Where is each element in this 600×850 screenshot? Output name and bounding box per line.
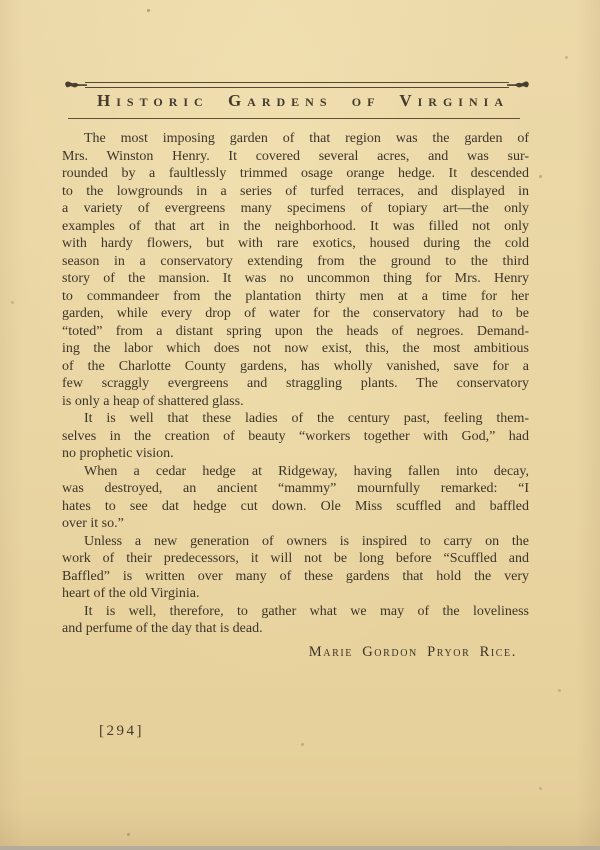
text-line: Baffled” is written over many of these g… xyxy=(62,568,529,586)
scroll-ornament-right-icon xyxy=(507,80,530,90)
scan-bottom-edge xyxy=(0,846,600,850)
text-line: is only a heap of shattered glass. xyxy=(62,393,529,411)
double-rule xyxy=(85,82,509,88)
text-line: Unless a new generation of owners is ins… xyxy=(62,533,529,551)
text-line: no prophetic vision. xyxy=(62,445,529,463)
text-line: a variety of evergreens many specimens o… xyxy=(62,200,529,218)
book-page: Historic Gardens of Virginia The most im… xyxy=(0,0,600,850)
text-line: rounded by a faultlessly trimmed osage o… xyxy=(62,165,529,183)
text-line: The most imposing garden of that region … xyxy=(62,130,529,148)
text-line: It is well that these ladies of the cent… xyxy=(62,410,529,428)
text-line: examples of that art in the neighborhood… xyxy=(62,218,529,236)
header-rule-row xyxy=(64,80,530,90)
text-line: with hardy flowers, but with rare exotic… xyxy=(62,235,529,253)
text-line: hates to see dat hedge cut down. Ole Mis… xyxy=(62,498,529,516)
text-line: Mrs. Winston Henry. It covered several a… xyxy=(62,148,529,166)
text-line: selves in the creation of beauty “worker… xyxy=(62,428,529,446)
text-block: The most imposing garden of that region … xyxy=(62,130,529,661)
page-number: [294] xyxy=(99,723,144,740)
text-line: ing the labor which does not now exist, … xyxy=(62,340,529,358)
scroll-ornament-left-icon xyxy=(64,80,87,90)
text-line: over it so.” xyxy=(62,515,529,533)
text-line: to commandeer from the plantation thirty… xyxy=(62,288,529,306)
paragraph: It is well, therefore, to gather what we… xyxy=(62,603,529,638)
title-underline-rule xyxy=(68,118,520,119)
text-line: was destroyed, an ancient “mammy” mournf… xyxy=(62,480,529,498)
text-line: few scraggly evergreens and straggling p… xyxy=(62,375,529,393)
text-line: When a cedar hedge at Ridgeway, having f… xyxy=(62,463,529,481)
text-line: to the lowgrounds in a series of turfed … xyxy=(62,183,529,201)
text-line: season in a conservatory extending from … xyxy=(62,253,529,271)
text-line: of the Charlotte County gardens, has who… xyxy=(62,358,529,376)
text-line: “toted” from a distant spring upon the h… xyxy=(62,323,529,341)
paragraph: When a cedar hedge at Ridgeway, having f… xyxy=(62,463,529,533)
scan-specks xyxy=(0,0,1,1)
text-line: It is well, therefore, to gather what we… xyxy=(62,603,529,621)
paragraph: It is well that these ladies of the cent… xyxy=(62,410,529,463)
text-line: garden, while every drop of water for th… xyxy=(62,305,529,323)
paragraph: The most imposing garden of that region … xyxy=(62,130,529,410)
text-line: heart of the old Virginia. xyxy=(62,585,529,603)
text-line: work of their predecessors, it will not … xyxy=(62,550,529,568)
author-signature: Marie Gordon Pryor Rice. xyxy=(62,644,529,662)
text-line: story of the mansion. It was no uncommon… xyxy=(62,270,529,288)
paragraph: Unless a new generation of owners is ins… xyxy=(62,533,529,603)
text-line: and perfume of the day that is dead. xyxy=(62,620,529,638)
running-title: Historic Gardens of Virginia xyxy=(0,91,600,111)
